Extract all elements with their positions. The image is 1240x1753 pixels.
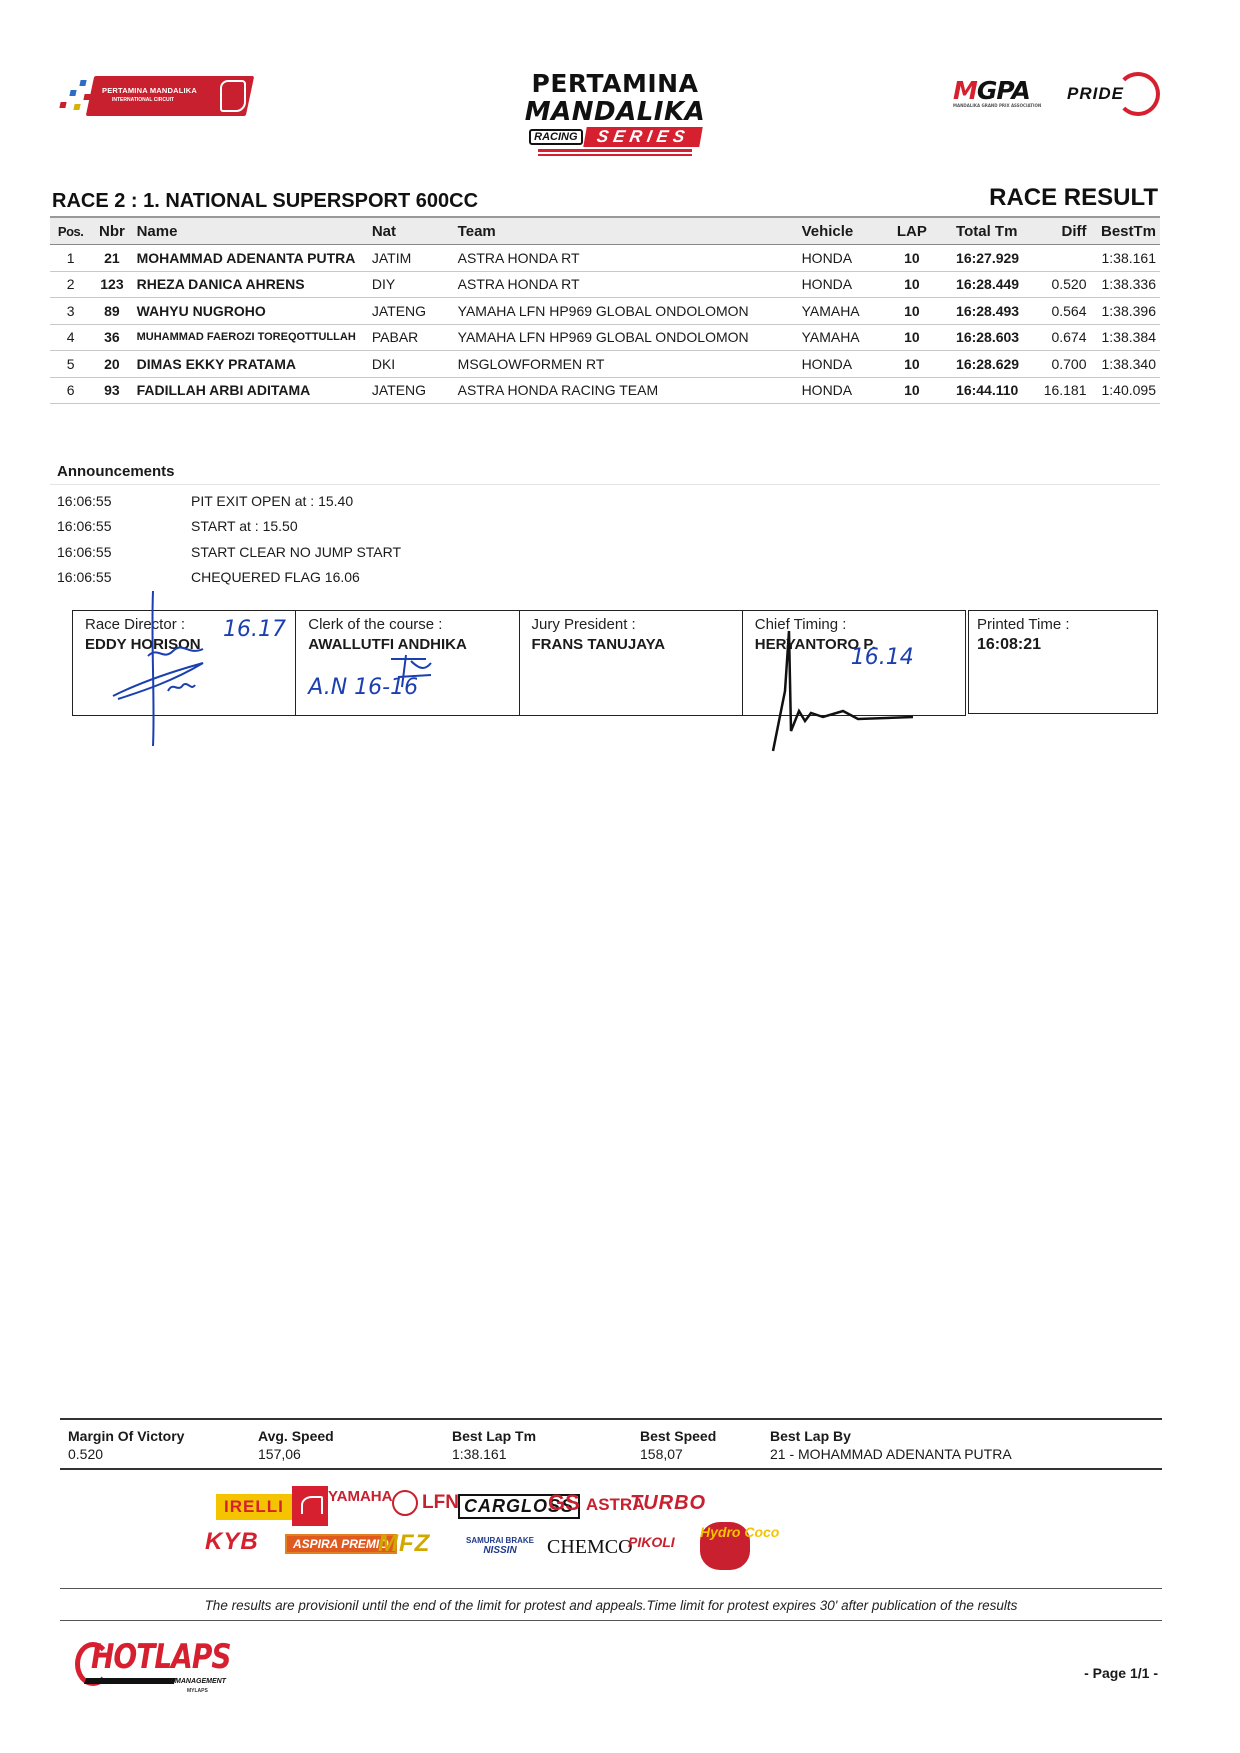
rider-name-cell: MUHAMMAD FAEROZI TOREQOTTULLAH (133, 324, 368, 351)
laps-cell: 10 (884, 377, 940, 404)
page-number: - Page 1/1 - (1084, 1665, 1158, 1681)
protest-disclaimer: The results are provisionil until the en… (60, 1598, 1162, 1613)
divider (60, 1418, 1162, 1420)
rider-name-cell: DIMAS EKKY PRATAMA (133, 351, 368, 378)
officials-signature-boxes: Race Director : EDDY HORISON 16.17 Clerk… (72, 610, 966, 716)
hotlaps-logo: HOTLAPS MANAGEMENT MYLAPS (75, 1640, 215, 1700)
nationality-cell: JATIM (368, 245, 454, 272)
mfz-logo: MFZ (378, 1530, 430, 1558)
col-header-name: Name (133, 217, 368, 245)
official-role: Clerk of the course : (308, 616, 506, 633)
number-cell: 123 (91, 271, 132, 298)
rider-name-cell: RHEZA DANICA AHRENS (133, 271, 368, 298)
announcement-text: START at : 15.50 (191, 518, 298, 534)
chemco-logo: CHEMCO (547, 1536, 633, 1559)
series-logo-line1: PERTAMINA (520, 70, 710, 98)
pertamina-mandalika-circuit-logo: PERTAMINA MANDALIKA INTERNATIONAL CIRCUI… (50, 72, 255, 122)
team-cell: ASTRA HONDA RT (454, 245, 798, 272)
official-role: Jury President : (532, 616, 730, 633)
laps-cell: 10 (884, 245, 940, 272)
laps-cell: 10 (884, 271, 940, 298)
logo-square-icon (59, 102, 66, 108)
col-header-diff: Diff (1037, 217, 1091, 245)
announcement-text: PIT EXIT OPEN at : 15.40 (191, 493, 353, 509)
diff-cell: 0.564 (1037, 298, 1091, 325)
best-time-cell: 1:38.340 (1091, 351, 1160, 378)
summary-value: 1:38.161 (452, 1446, 536, 1462)
number-cell: 89 (91, 298, 132, 325)
summary-label: Avg. Speed (258, 1428, 334, 1444)
diff-cell: 0.520 (1037, 271, 1091, 298)
nationality-cell: DKI (368, 351, 454, 378)
nationality-cell: DIY (368, 271, 454, 298)
signature-icon (386, 651, 436, 691)
total-time-cell: 16:44.110 (940, 377, 1037, 404)
announcement-time: 16:06:55 (57, 518, 191, 534)
series-logo-racing: RACING (529, 129, 582, 145)
table-row: 389WAHYU NUGROHOJATENGYAMAHA LFN HP969 G… (50, 298, 1160, 325)
team-cell: MSGLOWFORMEN RT (454, 351, 798, 378)
summary-label: Best Lap Tm (452, 1428, 536, 1444)
col-header-best-time: BestTm (1091, 217, 1160, 245)
pikoli-logo: PIKOLI (628, 1534, 675, 1550)
diff-cell: 0.674 (1037, 324, 1091, 351)
series-logo-line2: MANDALIKA (520, 98, 710, 126)
announcement-time: 16:06:55 (57, 493, 191, 509)
number-cell: 93 (91, 377, 132, 404)
total-time-cell: 16:28.629 (940, 351, 1037, 378)
logo-square-icon (79, 80, 86, 86)
gs-logo-text: GS (548, 1490, 580, 1515)
best-time-cell: 1:38.336 (1091, 271, 1160, 298)
number-cell: 20 (91, 351, 132, 378)
summary-best-lap-time: Best Lap Tm 1:38.161 (452, 1428, 536, 1462)
nissin-tagline: SAMURAI BRAKE (466, 1536, 534, 1545)
best-time-cell: 1:40.095 (1091, 377, 1160, 404)
table-row: 2123RHEZA DANICA AHRENSDIYASTRA HONDA RT… (50, 271, 1160, 298)
logo-square-icon (69, 90, 76, 96)
nationality-cell: PABAR (368, 324, 454, 351)
official-name: FRANS TANUJAYA (532, 636, 730, 653)
summary-label: Margin Of Victory (68, 1428, 184, 1444)
rider-name-cell: MOHAMMAD ADENANTA PUTRA (133, 245, 368, 272)
divider (60, 1588, 1162, 1589)
vehicle-cell: HONDA (798, 351, 884, 378)
signature-icon (763, 621, 913, 761)
yamaha-logo: YAMAHA (328, 1488, 392, 1505)
table-row: 693FADILLAH ARBI ADITAMAJATENGASTRA HOND… (50, 377, 1160, 404)
lfn-ring-icon (392, 1490, 418, 1516)
hotlaps-logo-text: HOTLAPS (91, 1637, 231, 1677)
hydro-coco-logo: Hydro Coco (700, 1522, 750, 1570)
mylaps-text: MYLAPS (187, 1688, 208, 1694)
announcement-time: 16:06:55 (57, 544, 191, 560)
announcements-list: 16:06:55 PIT EXIT OPEN at : 15.40 16:06:… (57, 488, 401, 590)
laps-cell: 10 (884, 351, 940, 378)
mgpa-logo-subtext: MANDALIKA GRAND PRIX ASSOCIATION (953, 103, 1041, 108)
divider (60, 1620, 1162, 1621)
summary-best-speed: Best Speed 158,07 (640, 1428, 716, 1462)
pos-cell: 1 (50, 245, 91, 272)
rider-name-cell: FADILLAH ARBI ADITAMA (133, 377, 368, 404)
team-cell: YAMAHA LFN HP969 GLOBAL ONDOLOMON (454, 324, 798, 351)
chief-timing-box: Chief Timing : HERYANTORO P. 16.14 (743, 611, 965, 715)
vehicle-cell: YAMAHA (798, 298, 884, 325)
printed-time-box: Printed Time : 16:08:21 (968, 610, 1158, 714)
team-cell: YAMAHA LFN HP969 GLOBAL ONDOLOMON (454, 298, 798, 325)
sponsor-logos: IRELLI YAMAHA LFN CARGLOSS GS ASTRA TURB… (200, 1480, 1040, 1575)
clerk-of-course-box: Clerk of the course : AWALLUTFI ANDHIKA … (296, 611, 519, 715)
divider (60, 1468, 1162, 1470)
summary-value: 21 - MOHAMMAD ADENANTA PUTRA (770, 1446, 1012, 1462)
col-header-pos: Pos. (50, 217, 91, 245)
col-header-vehicle: Vehicle (798, 217, 884, 245)
document-type-title: RACE RESULT (989, 184, 1158, 212)
pos-cell: 2 (50, 271, 91, 298)
lfn-logo: LFN (392, 1490, 459, 1516)
rider-name-cell: WAHYU NUGROHO (133, 298, 368, 325)
pos-cell: 4 (50, 324, 91, 351)
total-time-cell: 16:27.929 (940, 245, 1037, 272)
turbo-logo: TURBO (630, 1492, 706, 1515)
nationality-cell: JATENG (368, 377, 454, 404)
summary-label: Best Lap By (770, 1428, 1012, 1444)
race-director-box: Race Director : EDDY HORISON 16.17 (73, 611, 296, 715)
printed-time-label: Printed Time : (977, 616, 1149, 633)
circuit-logo-text: PERTAMINA MANDALIKA (102, 86, 197, 95)
table-row: 520DIMAS EKKY PRATAMADKIMSGLOWFORMEN RTH… (50, 351, 1160, 378)
diff-cell: 16.181 (1037, 377, 1091, 404)
col-header-nbr: Nbr (91, 217, 132, 245)
diff-cell: 0.700 (1037, 351, 1091, 378)
announcement-item: 16:06:55 START at : 15.50 (57, 514, 401, 540)
announcement-item: 16:06:55 PIT EXIT OPEN at : 15.40 (57, 488, 401, 514)
racing-series-logo: PERTAMINA MANDALIKA RACING SERIES (520, 70, 710, 156)
logo-square-icon (73, 104, 80, 110)
announcement-item: 16:06:55 START CLEAR NO JUMP START (57, 539, 401, 565)
results-table: Pos. Nbr Name Nat Team Vehicle LAP Total… (50, 216, 1160, 404)
nissin-logo-text: NISSIN (466, 1545, 534, 1556)
col-header-total-time: Total Tm (940, 217, 1037, 245)
total-time-cell: 16:28.603 (940, 324, 1037, 351)
announcement-text: START CLEAR NO JUMP START (191, 544, 401, 560)
kyb-logo: KYB (205, 1528, 259, 1556)
table-row: 121MOHAMMAD ADENANTA PUTRAJATIMASTRA HON… (50, 245, 1160, 272)
divider (50, 484, 1160, 485)
race-summary: Margin Of Victory 0.520 Avg. Speed 157,0… (68, 1428, 1158, 1468)
nationality-cell: JATENG (368, 298, 454, 325)
signature-icon (93, 581, 243, 751)
jury-president-box: Jury President : FRANS TANUJAYA (520, 611, 743, 715)
pos-cell: 3 (50, 298, 91, 325)
honda-wing-logo (292, 1486, 328, 1526)
circuit-logo-subtext: INTERNATIONAL CIRCUIT (112, 97, 174, 103)
number-cell: 36 (91, 324, 132, 351)
summary-value: 158,07 (640, 1446, 716, 1462)
pride-logo: PRIDE (1065, 72, 1160, 112)
col-header-nat: Nat (368, 217, 454, 245)
announcements-title: Announcements (57, 463, 175, 480)
nissin-logo: SAMURAI BRAKENISSIN (466, 1536, 534, 1556)
team-cell: ASTRA HONDA RT (454, 271, 798, 298)
summary-value: 157,06 (258, 1446, 334, 1462)
summary-avg-speed: Avg. Speed 157,06 (258, 1428, 334, 1462)
lfn-logo-text: LFN (422, 1492, 459, 1513)
col-header-team: Team (454, 217, 798, 245)
col-header-lap: LAP (884, 217, 940, 245)
summary-best-lap-by: Best Lap By 21 - MOHAMMAD ADENANTA PUTRA (770, 1428, 1012, 1462)
pos-cell: 6 (50, 377, 91, 404)
series-logo-series: SERIES (583, 127, 703, 147)
race-title: RACE 2 : 1. NATIONAL SUPERSPORT 600CC (52, 190, 478, 213)
pos-cell: 5 (50, 351, 91, 378)
total-time-cell: 16:28.449 (940, 271, 1037, 298)
total-time-cell: 16:28.493 (940, 298, 1037, 325)
printed-time-value: 16:08:21 (977, 636, 1149, 654)
best-time-cell: 1:38.384 (1091, 324, 1160, 351)
team-cell: ASTRA HONDA RACING TEAM (454, 377, 798, 404)
vehicle-cell: HONDA (798, 245, 884, 272)
table-row: 436MUHAMMAD FAEROZI TOREQOTTULLAHPABARYA… (50, 324, 1160, 351)
circuit-track-icon (220, 80, 246, 112)
laps-cell: 10 (884, 298, 940, 325)
best-time-cell: 1:38.161 (1091, 245, 1160, 272)
summary-margin-of-victory: Margin Of Victory 0.520 (68, 1428, 184, 1462)
number-cell: 21 (91, 245, 132, 272)
vehicle-cell: HONDA (798, 271, 884, 298)
mgpa-logo: MMGPAGPA MANDALIKA GRAND PRIX ASSOCIATIO… (953, 76, 1041, 108)
summary-value: 0.520 (68, 1446, 184, 1462)
results-header-row: Pos. Nbr Name Nat Team Vehicle LAP Total… (50, 217, 1160, 245)
pride-logo-text: PRIDE (1067, 84, 1124, 104)
hotlaps-logo-subtext: MANAGEMENT (175, 1678, 226, 1685)
laps-cell: 10 (884, 324, 940, 351)
diff-cell (1037, 245, 1091, 272)
best-time-cell: 1:38.396 (1091, 298, 1160, 325)
vehicle-cell: YAMAHA (798, 324, 884, 351)
summary-label: Best Speed (640, 1428, 716, 1444)
vehicle-cell: HONDA (798, 377, 884, 404)
pirelli-logo: IRELLI (216, 1494, 292, 1520)
